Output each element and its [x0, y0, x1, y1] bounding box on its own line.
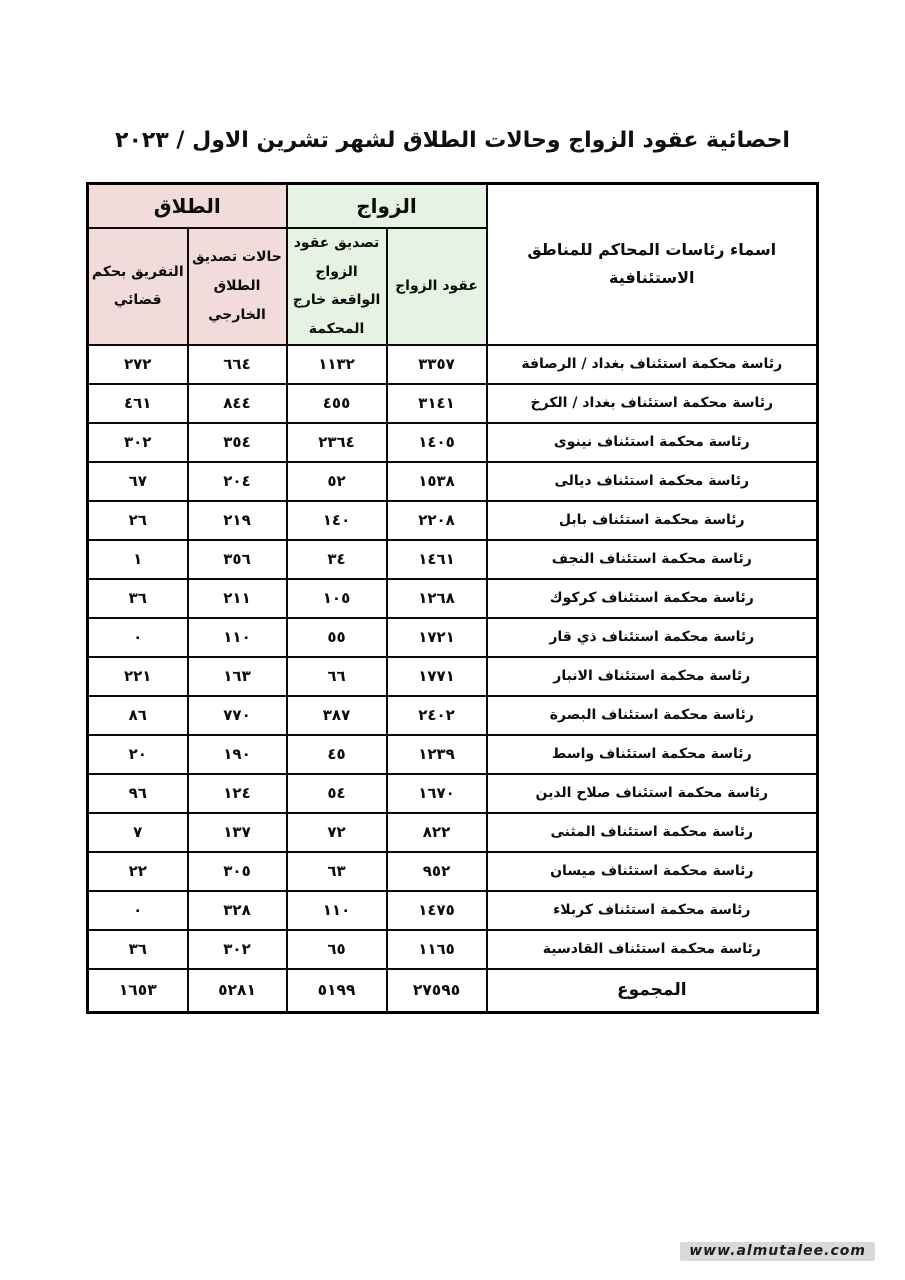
- total-marriage-contracts: ٢٧٥٩٥: [387, 969, 487, 1013]
- court-name-cell: رئاسة محكمة استئناف بغداد / الكرخ: [487, 384, 818, 423]
- total-label: المجموع: [487, 969, 818, 1013]
- marriage-cert-outside-court-cell: ٣٨٧: [287, 696, 387, 735]
- judicial-separation-cell: ٠: [87, 618, 187, 657]
- external-divorce-cases-cell: ١٦٣: [188, 657, 287, 696]
- table-row: رئاسة محكمة استئناف كركوك ١٢٦٨ ١٠٥ ٢١١ ٣…: [87, 579, 817, 618]
- judicial-separation-cell: ٢٧٢: [87, 345, 187, 384]
- court-name-cell: رئاسة محكمة استئناف البصرة: [487, 696, 818, 735]
- marriage-cert-outside-court-cell: ٥٥: [287, 618, 387, 657]
- court-name-cell: رئاسة محكمة استئناف صلاح الدين: [487, 774, 818, 813]
- judicial-separation-cell: ٩٦: [87, 774, 187, 813]
- table-row: رئاسة محكمة استئناف ديالى ١٥٣٨ ٥٢ ٢٠٤ ٦٧: [87, 462, 817, 501]
- marriage-contracts-cell: ٩٥٢: [387, 852, 487, 891]
- table-row: رئاسة محكمة استئناف بغداد / الكرخ ٣١٤١ ٤…: [87, 384, 817, 423]
- court-name-cell: رئاسة محكمة استئناف كركوك: [487, 579, 818, 618]
- marriage-cert-outside-court-cell: ١٤٠: [287, 501, 387, 540]
- court-name-cell: رئاسة محكمة استئناف القادسية: [487, 930, 818, 969]
- total-row: المجموع ٢٧٥٩٥ ٥١٩٩ ٥٢٨١ ١٦٥٣: [87, 969, 817, 1013]
- court-name-cell: رئاسة محكمة استئناف واسط: [487, 735, 818, 774]
- marriage-contracts-cell: ٢٢٠٨: [387, 501, 487, 540]
- external-divorce-cases-cell: ١٢٤: [188, 774, 287, 813]
- marriage-contracts-cell: ١٤٠٥: [387, 423, 487, 462]
- court-name-cell: رئاسة محكمة استئناف بغداد / الرصافة: [487, 345, 818, 384]
- judicial-separation-cell: ١: [87, 540, 187, 579]
- header-external-divorce-cases: حالات تصديق الطلاق الخارجي: [188, 228, 287, 345]
- external-divorce-cases-cell: ٧٧٠: [188, 696, 287, 735]
- marriage-cert-outside-court-cell: ٦٥: [287, 930, 387, 969]
- header-marriage-cert-outside-court: تصديق عقود الزواج الواقعة خارج المحكمة: [287, 228, 387, 345]
- external-divorce-cases-cell: ٢١١: [188, 579, 287, 618]
- judicial-separation-cell: ٧: [87, 813, 187, 852]
- header-judicial-separation: التفريق بحكم قضائي: [87, 228, 187, 345]
- marriage-contracts-cell: ١٤٧٥: [387, 891, 487, 930]
- external-divorce-cases-cell: ٢٠٤: [188, 462, 287, 501]
- header-court-names: اسماء رئاسات المحاكم للمناطق الاستئنافية: [487, 184, 818, 345]
- court-name-cell: رئاسة محكمة استئناف ميسان: [487, 852, 818, 891]
- table-footer: المجموع ٢٧٥٩٥ ٥١٩٩ ٥٢٨١ ١٦٥٣: [87, 969, 817, 1013]
- judicial-separation-cell: ٣٦: [87, 930, 187, 969]
- header-group-marriage: الزواج: [287, 184, 487, 229]
- marriage-contracts-cell: ١٤٦١: [387, 540, 487, 579]
- court-name-cell: رئاسة محكمة استئناف ديالى: [487, 462, 818, 501]
- table-header: اسماء رئاسات المحاكم للمناطق الاستئنافية…: [87, 184, 817, 345]
- marriage-cert-outside-court-cell: ٥٤: [287, 774, 387, 813]
- page-title: احصائية عقود الزواج وحالات الطلاق لشهر ت…: [0, 128, 905, 153]
- marriage-cert-outside-court-cell: ١١٠: [287, 891, 387, 930]
- judicial-separation-cell: ٢٠: [87, 735, 187, 774]
- table-row: رئاسة محكمة استئناف كربلاء ١٤٧٥ ١١٠ ٣٢٨ …: [87, 891, 817, 930]
- external-divorce-cases-cell: ٨٤٤: [188, 384, 287, 423]
- marriage-contracts-cell: ٢٤٠٢: [387, 696, 487, 735]
- table-row: رئاسة محكمة استئناف صلاح الدين ١٦٧٠ ٥٤ ١…: [87, 774, 817, 813]
- marriage-contracts-cell: ٨٢٢: [387, 813, 487, 852]
- header-group-divorce: الطلاق: [87, 184, 286, 229]
- header-marriage-contracts: عقود الزواج: [387, 228, 487, 345]
- marriage-cert-outside-court-cell: ٦٣: [287, 852, 387, 891]
- court-name-cell: رئاسة محكمة استئناف ذي قار: [487, 618, 818, 657]
- marriage-cert-outside-court-cell: ٦٦: [287, 657, 387, 696]
- table-row: رئاسة محكمة استئناف البصرة ٢٤٠٢ ٣٨٧ ٧٧٠ …: [87, 696, 817, 735]
- external-divorce-cases-cell: ١٩٠: [188, 735, 287, 774]
- court-name-cell: رئاسة محكمة استئناف المثنى: [487, 813, 818, 852]
- court-name-cell: رئاسة محكمة استئناف النجف: [487, 540, 818, 579]
- judicial-separation-cell: ٦٧: [87, 462, 187, 501]
- table-row: رئاسة محكمة استئناف القادسية ١١٦٥ ٦٥ ٣٠٢…: [87, 930, 817, 969]
- marriage-cert-outside-court-cell: ٣٤: [287, 540, 387, 579]
- total-marriage-cert-outside-court: ٥١٩٩: [287, 969, 387, 1013]
- judicial-separation-cell: ٢٢١: [87, 657, 187, 696]
- court-name-cell: رئاسة محكمة استئناف الانبار: [487, 657, 818, 696]
- marriage-contracts-cell: ٣١٤١: [387, 384, 487, 423]
- table-row: رئاسة محكمة استئناف ميسان ٩٥٢ ٦٣ ٣٠٥ ٢٢: [87, 852, 817, 891]
- judicial-separation-cell: ٣٠٢: [87, 423, 187, 462]
- external-divorce-cases-cell: ٣٥٦: [188, 540, 287, 579]
- table-row: رئاسة محكمة استئناف ذي قار ١٧٢١ ٥٥ ١١٠ ٠: [87, 618, 817, 657]
- judicial-separation-cell: ٣٦: [87, 579, 187, 618]
- table-row: رئاسة محكمة استئناف الانبار ١٧٧١ ٦٦ ١٦٣ …: [87, 657, 817, 696]
- external-divorce-cases-cell: ٦٦٤: [188, 345, 287, 384]
- marriage-contracts-cell: ١٧٧١: [387, 657, 487, 696]
- external-divorce-cases-cell: ٣٠٢: [188, 930, 287, 969]
- judicial-separation-cell: ٢٢: [87, 852, 187, 891]
- court-name-cell: رئاسة محكمة استئناف كربلاء: [487, 891, 818, 930]
- marriage-cert-outside-court-cell: ١١٣٢: [287, 345, 387, 384]
- judicial-separation-cell: ٠: [87, 891, 187, 930]
- marriage-contracts-cell: ١١٦٥: [387, 930, 487, 969]
- external-divorce-cases-cell: ٣٥٤: [188, 423, 287, 462]
- total-judicial-separation: ١٦٥٣: [87, 969, 187, 1013]
- table-body: رئاسة محكمة استئناف بغداد / الرصافة ٣٣٥٧…: [87, 345, 817, 969]
- court-name-cell: رئاسة محكمة استئناف نينوى: [487, 423, 818, 462]
- marriage-cert-outside-court-cell: ٢٣٦٤: [287, 423, 387, 462]
- marriage-contracts-cell: ١٢٦٨: [387, 579, 487, 618]
- external-divorce-cases-cell: ١١٠: [188, 618, 287, 657]
- marriage-cert-outside-court-cell: ١٠٥: [287, 579, 387, 618]
- marriage-cert-outside-court-cell: ٧٢: [287, 813, 387, 852]
- statistics-table: اسماء رئاسات المحاكم للمناطق الاستئنافية…: [86, 182, 819, 1014]
- external-divorce-cases-cell: ٣٢٨: [188, 891, 287, 930]
- table-row: رئاسة محكمة استئناف المثنى ٨٢٢ ٧٢ ١٣٧ ٧: [87, 813, 817, 852]
- site-watermark: www.almutalee.com: [680, 1242, 875, 1261]
- marriage-contracts-cell: ١٦٧٠: [387, 774, 487, 813]
- table-row: رئاسة محكمة استئناف النجف ١٤٦١ ٣٤ ٣٥٦ ١: [87, 540, 817, 579]
- marriage-contracts-cell: ١٧٢١: [387, 618, 487, 657]
- table-row: رئاسة محكمة استئناف بابل ٢٢٠٨ ١٤٠ ٢١٩ ٢٦: [87, 501, 817, 540]
- marriage-cert-outside-court-cell: ٥٢: [287, 462, 387, 501]
- total-external-divorce-cases: ٥٢٨١: [188, 969, 287, 1013]
- external-divorce-cases-cell: ٢١٩: [188, 501, 287, 540]
- marriage-contracts-cell: ٣٣٥٧: [387, 345, 487, 384]
- external-divorce-cases-cell: ١٣٧: [188, 813, 287, 852]
- marriage-contracts-cell: ١٥٣٨: [387, 462, 487, 501]
- judicial-separation-cell: ٤٦١: [87, 384, 187, 423]
- table-row: رئاسة محكمة استئناف نينوى ١٤٠٥ ٢٣٦٤ ٣٥٤ …: [87, 423, 817, 462]
- judicial-separation-cell: ٨٦: [87, 696, 187, 735]
- marriage-cert-outside-court-cell: ٤٥٥: [287, 384, 387, 423]
- court-name-cell: رئاسة محكمة استئناف بابل: [487, 501, 818, 540]
- document-page: { "title": "احصائية عقود الزواج وحالات ا…: [0, 0, 905, 1280]
- judicial-separation-cell: ٢٦: [87, 501, 187, 540]
- marriage-contracts-cell: ١٢٣٩: [387, 735, 487, 774]
- marriage-cert-outside-court-cell: ٤٥: [287, 735, 387, 774]
- table-row: رئاسة محكمة استئناف بغداد / الرصافة ٣٣٥٧…: [87, 345, 817, 384]
- table-row: رئاسة محكمة استئناف واسط ١٢٣٩ ٤٥ ١٩٠ ٢٠: [87, 735, 817, 774]
- external-divorce-cases-cell: ٣٠٥: [188, 852, 287, 891]
